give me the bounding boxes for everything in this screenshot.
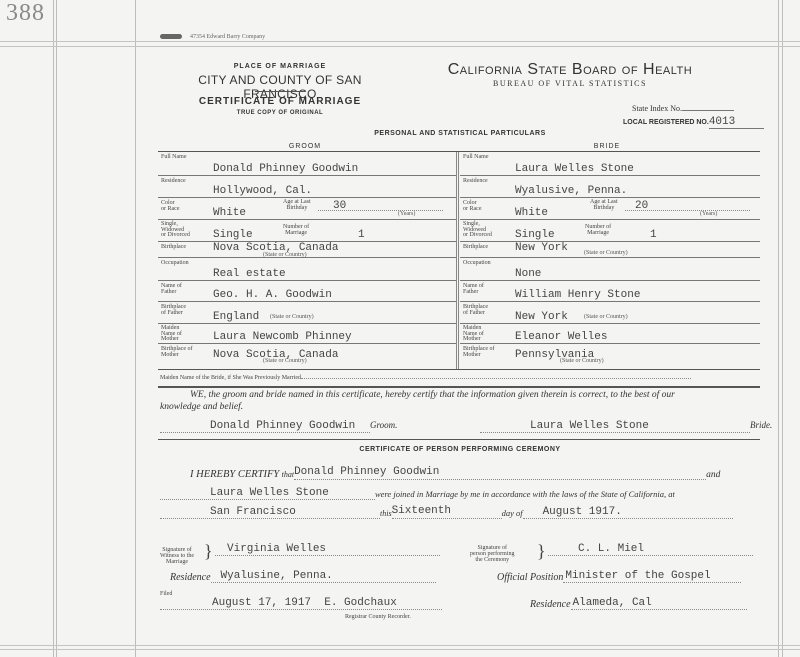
groom-full-name-row: Full Name Donald Phinney Goodwin <box>158 152 456 176</box>
printer-imprint: 47354 Edward Barry Company <box>160 34 265 40</box>
groom-occupation-row: Occupation Real estate <box>158 258 456 281</box>
bride-birthplace: New York <box>515 242 568 254</box>
label: Color or Race <box>463 200 482 212</box>
label: Birthplace of Father <box>463 304 488 316</box>
witness-label: Signature of Witness to the Marriage <box>160 547 194 565</box>
margin-rule <box>53 0 54 657</box>
label: (Years) <box>700 211 717 217</box>
groom-full-name: Donald Phinney Goodwin <box>213 163 358 175</box>
bride-full-name: Laura Welles Stone <box>515 163 634 175</box>
place-date-line: San FranciscothisSixteenthday ofAugust 1… <box>160 505 733 519</box>
ledger-rule <box>0 46 800 47</box>
brace-icon: } <box>204 541 213 561</box>
label: Age at Last Birthday <box>283 199 311 211</box>
filed-line: August 17, 1917 E. Godchaux <box>160 597 442 610</box>
label: (State or Country) <box>270 314 314 320</box>
officiant-residence-line: ResidenceAlameda, Cal <box>530 597 747 610</box>
groom-father-birthplace: England <box>213 311 259 323</box>
bride-full-name-row: Full Name Laura Welles Stone <box>460 152 760 176</box>
officiant-label: Signature of person performing the Cerem… <box>470 545 515 563</box>
witness-name: Virginia Welles <box>215 543 440 556</box>
ledger-rule <box>0 41 800 42</box>
groom-father-row: Name of Father Geo. H. A. Goodwin <box>158 281 456 302</box>
groom-age: 30 <box>333 200 346 212</box>
label: Maiden Name of Mother <box>161 326 182 343</box>
local-registered-value: 4013 <box>709 116 764 129</box>
margin-rule <box>778 0 779 657</box>
bride-occupation: None <box>515 268 541 280</box>
bride-father-name: William Henry Stone <box>515 289 640 301</box>
declaration-line-2: knowledge and belief. <box>160 401 760 413</box>
margin-rule <box>135 0 136 657</box>
certify-prefix: I HEREBY CERTIFY <box>190 469 279 480</box>
officiant-signature-line: C. L. Miel <box>548 543 753 556</box>
certificate-title: CERTIFICATE OF MARRIAGE <box>160 96 400 107</box>
groom-mother-row: Maiden Name of Mother Laura Newcomb Phin… <box>158 324 456 344</box>
groom-heading: GROOM <box>160 143 450 150</box>
ceremony-title: CERTIFICATE OF PERSON PERFORMING CEREMON… <box>160 446 760 453</box>
label: Birthplace of Father <box>161 304 186 316</box>
groom-residence: Hollywood, Cal. <box>213 185 312 197</box>
groom-signature: Donald Phinney Goodwin <box>160 420 370 433</box>
margin-rule <box>56 0 57 657</box>
ceremony-day: Sixteenth <box>392 505 502 519</box>
label: Birthplace <box>161 244 186 250</box>
groom-mother-maiden: Laura Newcomb Phinney <box>213 331 352 343</box>
joined-line: Laura Welles Stonewere joined in Marriag… <box>160 487 675 500</box>
label: Birthplace <box>463 244 488 250</box>
divider <box>255 91 305 92</box>
label: Full Name <box>161 154 187 160</box>
registrar-name: E. Godchaux <box>324 597 397 609</box>
board-title: California State Board of Health <box>430 61 710 79</box>
local-registered-label: LOCAL REGISTERED NO. <box>623 119 709 126</box>
groom-number-marriage: 1 <box>358 229 365 241</box>
label: Color or Race <box>161 200 180 212</box>
groom-label: Groom. <box>370 420 397 430</box>
officiant-residence-label: Residence <box>530 599 571 610</box>
label: Full Name <box>463 154 489 160</box>
label: (State or Country) <box>584 250 628 256</box>
label: Name of Father <box>161 283 182 295</box>
declaration-text: WE, the groom and bride named in this ce… <box>160 389 760 413</box>
state-index-value <box>682 102 734 111</box>
label: Name of Father <box>463 283 484 295</box>
bride-birthplace-row: Birthplace New York (State or Country) <box>460 242 760 258</box>
witness-signature-line: Virginia Welles <box>215 543 440 556</box>
bride-label: Bride. <box>750 420 772 430</box>
bride-signature-line: Laura Welles StoneBride. <box>480 419 772 433</box>
label: Residence <box>161 178 186 184</box>
joined-text: were joined in Marriage by me in accorda… <box>375 489 675 499</box>
label: (State or Country) <box>560 358 604 364</box>
position-label: Official Position <box>497 572 563 583</box>
groom-occupation: Real estate <box>213 268 286 280</box>
bride-mother-birthplace-row: Birthplace of Mother Pennsylvania (State… <box>460 344 760 368</box>
label: (State or Country) <box>263 358 307 364</box>
bride-father-birthplace: New York <box>515 311 568 323</box>
registrar-label: Registrar County Recorder. <box>345 614 411 620</box>
label: Birthplace of Mother <box>161 346 193 358</box>
groom-marital-row: Single, Widowed or Divorced Single Numbe… <box>158 220 456 242</box>
bride-marital: Single <box>515 229 555 241</box>
ceremony-month-year: August 1917. <box>523 506 733 519</box>
divider <box>158 439 760 440</box>
groom-birthplace-row: Birthplace Nova Scotia, Canada (State or… <box>158 242 456 258</box>
bride-signature: Laura Welles Stone <box>480 420 750 433</box>
label: Number of Marriage <box>585 224 611 236</box>
certify-line: I HEREBY CERTIFY thatDonald Phinney Good… <box>190 466 720 480</box>
bride-residence-row: Residence Wyalusive, Penna. <box>460 176 760 198</box>
and-label: and <box>706 470 720 480</box>
ceremony-place: San Francisco <box>160 506 380 519</box>
true-copy-label: TRUE COPY OF ORIGINAL <box>160 110 400 116</box>
particulars-title: PERSONAL AND STATISTICAL PARTICULARS <box>160 130 760 137</box>
printer-logo-icon <box>160 34 182 39</box>
label: Single, Widowed or Divorced <box>463 222 492 239</box>
this-label: this <box>380 509 392 518</box>
label: Occupation <box>463 260 491 266</box>
officiant-residence: Alameda, Cal <box>571 597 747 610</box>
bride-father-row: Name of Father William Henry Stone <box>460 281 760 302</box>
state-index: State Index No. <box>632 102 734 113</box>
ledger-rule <box>0 645 800 646</box>
place-of-marriage-label: PLACE OF MARRIAGE <box>160 63 400 70</box>
label: Residence <box>463 178 488 184</box>
margin-rule <box>782 0 783 657</box>
groom-residence-row: Residence Hollywood, Cal. <box>158 176 456 198</box>
bride-number-marriage: 1 <box>650 229 657 241</box>
groom-color-row: Color or Race White Age at Last Birthday… <box>158 198 456 220</box>
bride-occupation-row: Occupation None <box>460 258 760 281</box>
bride-column: Full Name Laura Welles Stone Residence W… <box>460 152 760 369</box>
maiden-name-value <box>301 378 691 379</box>
local-registered: LOCAL REGISTERED NO.4013 <box>623 116 764 129</box>
bride-father-birthplace-row: Birthplace of Father New York (State or … <box>460 302 760 324</box>
bride-mother-row: Maiden Name of Mother Eleanor Welles <box>460 324 760 344</box>
maiden-name-label: Maiden Name of the Bride, if She Was Pre… <box>160 375 301 381</box>
bride-residence: Wyalusive, Penna. <box>515 185 627 197</box>
label: Number of Marriage <box>283 224 309 236</box>
page-number: 388 <box>6 0 45 27</box>
label: Birthplace of Mother <box>463 346 495 358</box>
label: Occupation <box>161 260 189 266</box>
groom-signature-line: Donald Phinney GoodwinGroom. <box>160 419 397 433</box>
ceremony-groom: Donald Phinney Goodwin <box>294 466 706 480</box>
bride-color: White <box>515 207 548 219</box>
witness-residence-line: ResidenceWyalusine, Penna. <box>170 570 436 583</box>
witness-residence-label: Residence <box>170 572 211 583</box>
label: Single, Widowed or Divorced <box>161 222 190 239</box>
label: Age at Last Birthday <box>590 199 618 211</box>
particulars-table: Full Name Donald Phinney Goodwin Residen… <box>158 151 760 370</box>
groom-father-name: Geo. H. A. Goodwin <box>213 289 332 301</box>
bride-heading: BRIDE <box>462 143 752 150</box>
groom-column: Full Name Donald Phinney Goodwin Residen… <box>158 152 459 369</box>
bride-color-row: Color or Race White Age at Last Birthday… <box>460 198 760 220</box>
state-index-label: State Index No. <box>632 104 682 113</box>
bride-age: 20 <box>635 200 648 212</box>
groom-marital: Single <box>213 229 253 241</box>
label: Maiden Name of Mother <box>463 326 484 343</box>
ceremony-bride: Laura Welles Stone <box>160 487 375 500</box>
groom-mother-birthplace-row: Birthplace of Mother Nova Scotia, Canada… <box>158 344 456 368</box>
divider <box>158 386 760 388</box>
officiant-position-line: Official PositionMinister of the Gospel <box>497 570 741 583</box>
printer-text: 47354 Edward Barry Company <box>190 34 265 40</box>
that-label: that <box>282 470 294 479</box>
groom-color: White <box>213 207 246 219</box>
declaration-line-1: WE, the groom and bride named in this ce… <box>160 389 760 401</box>
brace-icon: } <box>537 541 546 561</box>
filed-date: August 17, 1917 <box>212 597 311 609</box>
groom-father-birthplace-row: Birthplace of Father England (State or C… <box>158 302 456 324</box>
bride-marital-row: Single, Widowed or Divorced Single Numbe… <box>460 220 760 242</box>
officiant-position: Minister of the Gospel <box>563 570 741 583</box>
witness-residence: Wyalusine, Penna. <box>211 570 436 583</box>
bride-mother-maiden: Eleanor Welles <box>515 331 607 343</box>
maiden-name-field: Maiden Name of the Bride, if She Was Pre… <box>160 375 691 381</box>
officiant-name: C. L. Miel <box>548 543 753 556</box>
bureau-title: BUREAU OF VITAL STATISTICS <box>430 79 710 88</box>
label: (Years) <box>398 211 415 217</box>
day-of-label: day of <box>502 508 523 518</box>
ledger-rule <box>0 649 800 650</box>
label: (State or Country) <box>584 314 628 320</box>
